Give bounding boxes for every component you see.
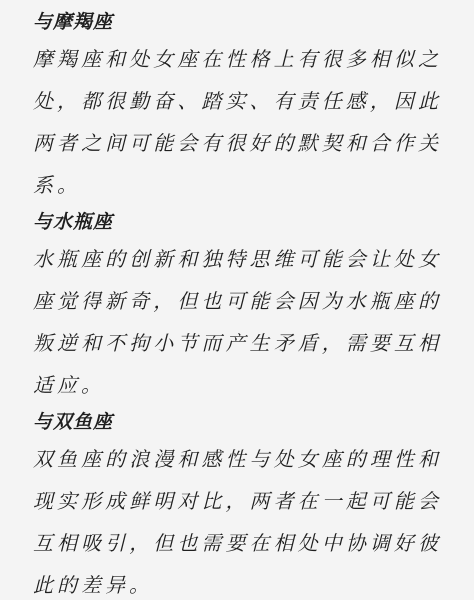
article-page: 与摩羯座 摩羯座和处女座在性格上有很多相似之处，都很勤奋、踏实、有责任感，因此两… xyxy=(0,0,474,600)
section-body-capricorn: 摩羯座和处女座在性格上有很多相似之处，都很勤奋、踏实、有责任感，因此两者之间可能… xyxy=(33,39,442,207)
section-heading-pisces: 与双鱼座 xyxy=(33,410,442,435)
section-body-pisces: 双鱼座的浪漫和感性与处女座的理性和现实形成鲜明对比，两者在一起可能会互相吸引，但… xyxy=(33,439,442,600)
section-heading-capricorn: 与摩羯座 xyxy=(33,10,442,35)
section-aquarius: 与水瓶座 水瓶座的创新和独特思维可能会让处女座觉得新奇，但也可能会因为水瓶座的叛… xyxy=(33,210,442,407)
section-capricorn: 与摩羯座 摩羯座和处女座在性格上有很多相似之处，都很勤奋、踏实、有责任感，因此两… xyxy=(33,10,442,207)
section-body-aquarius: 水瓶座的创新和独特思维可能会让处女座觉得新奇，但也可能会因为水瓶座的叛逆和不拘小… xyxy=(33,239,442,407)
section-pisces: 与双鱼座 双鱼座的浪漫和感性与处女座的理性和现实形成鲜明对比，两者在一起可能会互… xyxy=(33,410,442,600)
section-heading-aquarius: 与水瓶座 xyxy=(33,210,442,235)
